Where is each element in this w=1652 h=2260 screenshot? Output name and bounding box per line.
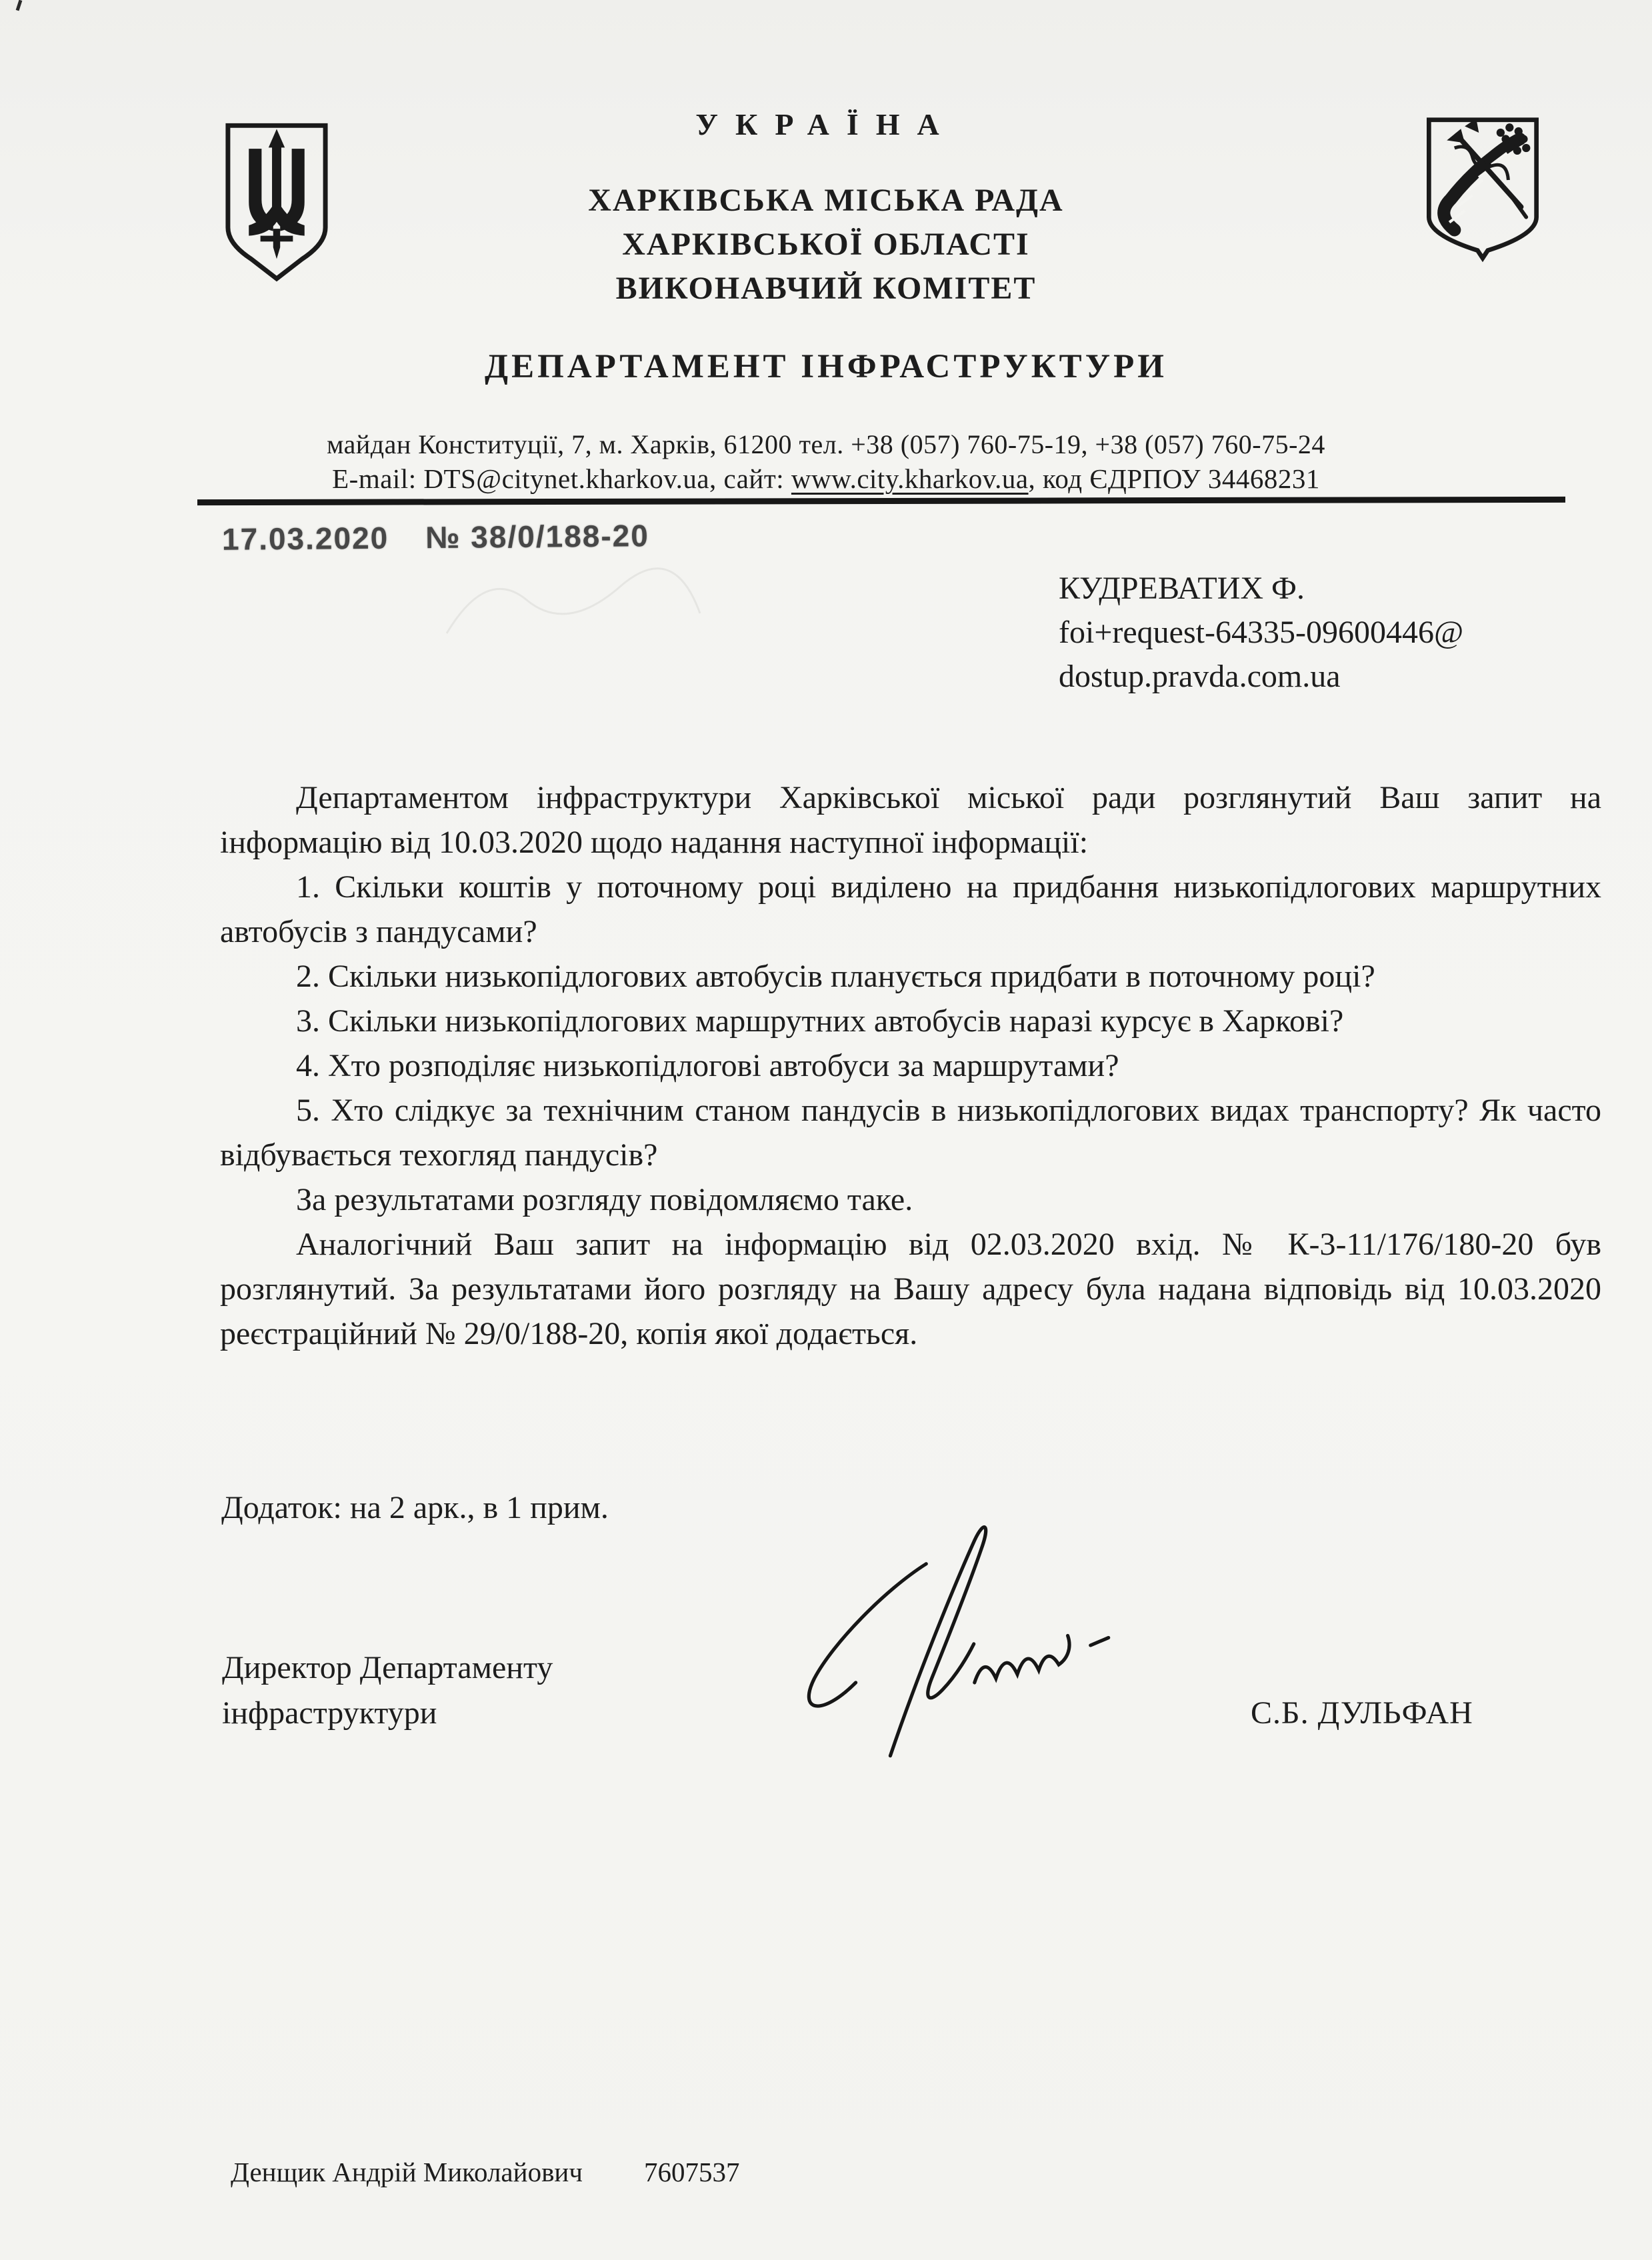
recipient-block: КУДРЕВАТИХ Ф. foi+request-64335-09600446…	[1059, 567, 1463, 699]
stamp-date: 17.03.2020	[222, 521, 389, 557]
body-paragraph-results: За результатами розгляду повідомляємо та…	[220, 1177, 1601, 1222]
executor-phone: 7607537	[644, 2157, 740, 2187]
executor-name: Денщик Андрій Миколайович	[231, 2157, 583, 2187]
country-title: УКРАЇНА	[0, 107, 1652, 142]
body-question-2: 2. Скільки низькопідлогових автобусів пл…	[220, 954, 1601, 999]
signature-autograph	[747, 1508, 1133, 1765]
contacts-line: E-mail: DTS@citynet.kharkov.ua, сайт: ww…	[0, 463, 1652, 495]
stamp-number: № 38/0/188-20	[425, 518, 649, 555]
executor-line: Денщик Андрій Миколайович7607537	[231, 2156, 740, 2188]
department-title: ДЕПАРТАМЕНТ ІНФРАСТРУКТУРИ	[0, 347, 1652, 386]
signer-title-line2: інфраструктури	[222, 1691, 553, 1736]
signer-title: Директор Департаменту інфраструктури	[222, 1645, 553, 1736]
attachment-note: Додаток: на 2 арк., в 1 прим.	[221, 1489, 609, 1526]
edrpou-text: , код ЄДРПОУ 34468231	[1029, 463, 1320, 494]
body-paragraph-answer: Аналогічний Ваш запит на інформацію від …	[220, 1222, 1601, 1356]
scan-artifact-mark	[16, 0, 23, 11]
website-link: www.city.kharkov.ua	[791, 463, 1029, 494]
body-question-1: 1. Скільки коштів у поточному році виділ…	[220, 865, 1601, 954]
body-question-4: 4. Хто розподіляє низькопідлогові автобу…	[220, 1043, 1601, 1088]
recipient-email-line1: foi+request-64335-09600446@	[1059, 611, 1463, 655]
registration-stamp: 17.03.2020№ 38/0/188-20	[222, 517, 649, 557]
org-name-line3: ВИКОНАВЧИЙ КОМІТЕТ	[0, 270, 1652, 307]
org-name-line2: ХАРКІВСЬКОЇ ОБЛАСТІ	[0, 226, 1652, 263]
address-line: майдан Конституції, 7, м. Харків, 61200 …	[0, 429, 1652, 460]
email-text: E-mail: DTS@citynet.kharkov.ua, сайт:	[332, 463, 791, 494]
scanned-letter-page: УКРАЇНА ХАРКІВСЬКА МІСЬКА РАДА ХАРКІВСЬК…	[0, 0, 1652, 2260]
header-divider	[197, 497, 1565, 505]
signer-title-line1: Директор Департаменту	[222, 1645, 553, 1691]
letter-body: Департаментом інфраструктури Харківської…	[220, 775, 1601, 1356]
body-question-5: 5. Хто слідкує за технічним станом панду…	[220, 1088, 1601, 1177]
body-question-3: 3. Скільки низькопідлогових маршрутних а…	[220, 999, 1601, 1043]
recipient-email-line2: dostup.pravda.com.ua	[1059, 655, 1463, 699]
body-paragraph-intro: Департаментом інфраструктури Харківської…	[220, 775, 1601, 865]
signer-name: С.Б. ДУЛЬФАН	[1251, 1695, 1473, 1731]
recipient-name: КУДРЕВАТИХ Ф.	[1059, 567, 1463, 611]
org-name-line1: ХАРКІВСЬКА МІСЬКА РАДА	[0, 182, 1652, 219]
